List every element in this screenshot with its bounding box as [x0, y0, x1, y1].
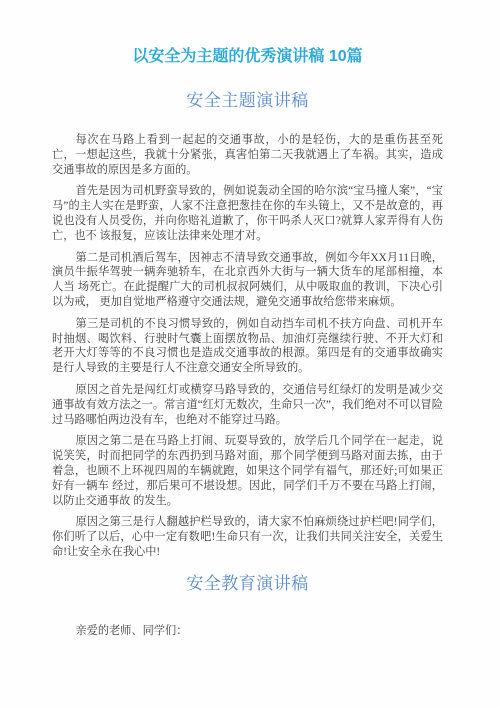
- section-heading-safety-education: 安全教育演讲稿: [52, 572, 443, 596]
- section-body: 每次在马路上看到一起起的交通事故，小的是轻伤，大的是重伤甚至死亡，一想起这些，我…: [52, 133, 443, 560]
- paragraph: 每次在马路上看到一起起的交通事故，小的是轻伤，大的是重伤甚至死亡，一想起这些，我…: [52, 133, 443, 177]
- section-safety-education-speech: 安全教育演讲稿 亲爱的老师、同学们：: [52, 572, 443, 639]
- paragraph: 第三是司机的不良习惯导致的，例如自动挡车司机不扶方向盘、司机开车时抽烟、喝饮料、…: [52, 317, 443, 376]
- paragraph: 第二是司机酒后驾车，因神志不清导致交通事故，例如今年XX月11日晚， 演员牛振华…: [52, 251, 443, 310]
- salutation-line: 亲爱的老师、同学们：: [52, 624, 443, 639]
- paragraph: 原因之首先是闯红灯或横穿马路导致的，交通信号红绿灯的发明是减少交通事故有效方法之…: [52, 383, 443, 427]
- document-page: 以安全为主题的优秀演讲稿 10篇 安全主题演讲稿 每次在马路上看到一起起的交通事…: [0, 0, 500, 707]
- document-title: 以安全为主题的优秀演讲稿 10篇: [52, 47, 443, 67]
- paragraph: 首先是因为司机野蛮导致的，例如说轰动全国的哈尔滨“宝马撞人案”，“宝马”的主人实…: [52, 184, 443, 243]
- section-safety-theme-speech: 安全主题演讲稿 每次在马路上看到一起起的交通事故，小的是轻伤，大的是重伤甚至死亡…: [52, 89, 443, 560]
- paragraph: 原因之第二是在马路上打闹、玩耍导致的，放学后几个同学在一起走，说说笑笑，时而把同…: [52, 434, 443, 508]
- section-heading-safety-theme: 安全主题演讲稿: [52, 89, 443, 113]
- section-body: 亲爱的老师、同学们：: [52, 624, 443, 639]
- paragraph: 原因之第三是行人翻越护栏导致的，请大家不怕麻烦绕过护栏吧!同学们，你们听了以后，…: [52, 515, 443, 559]
